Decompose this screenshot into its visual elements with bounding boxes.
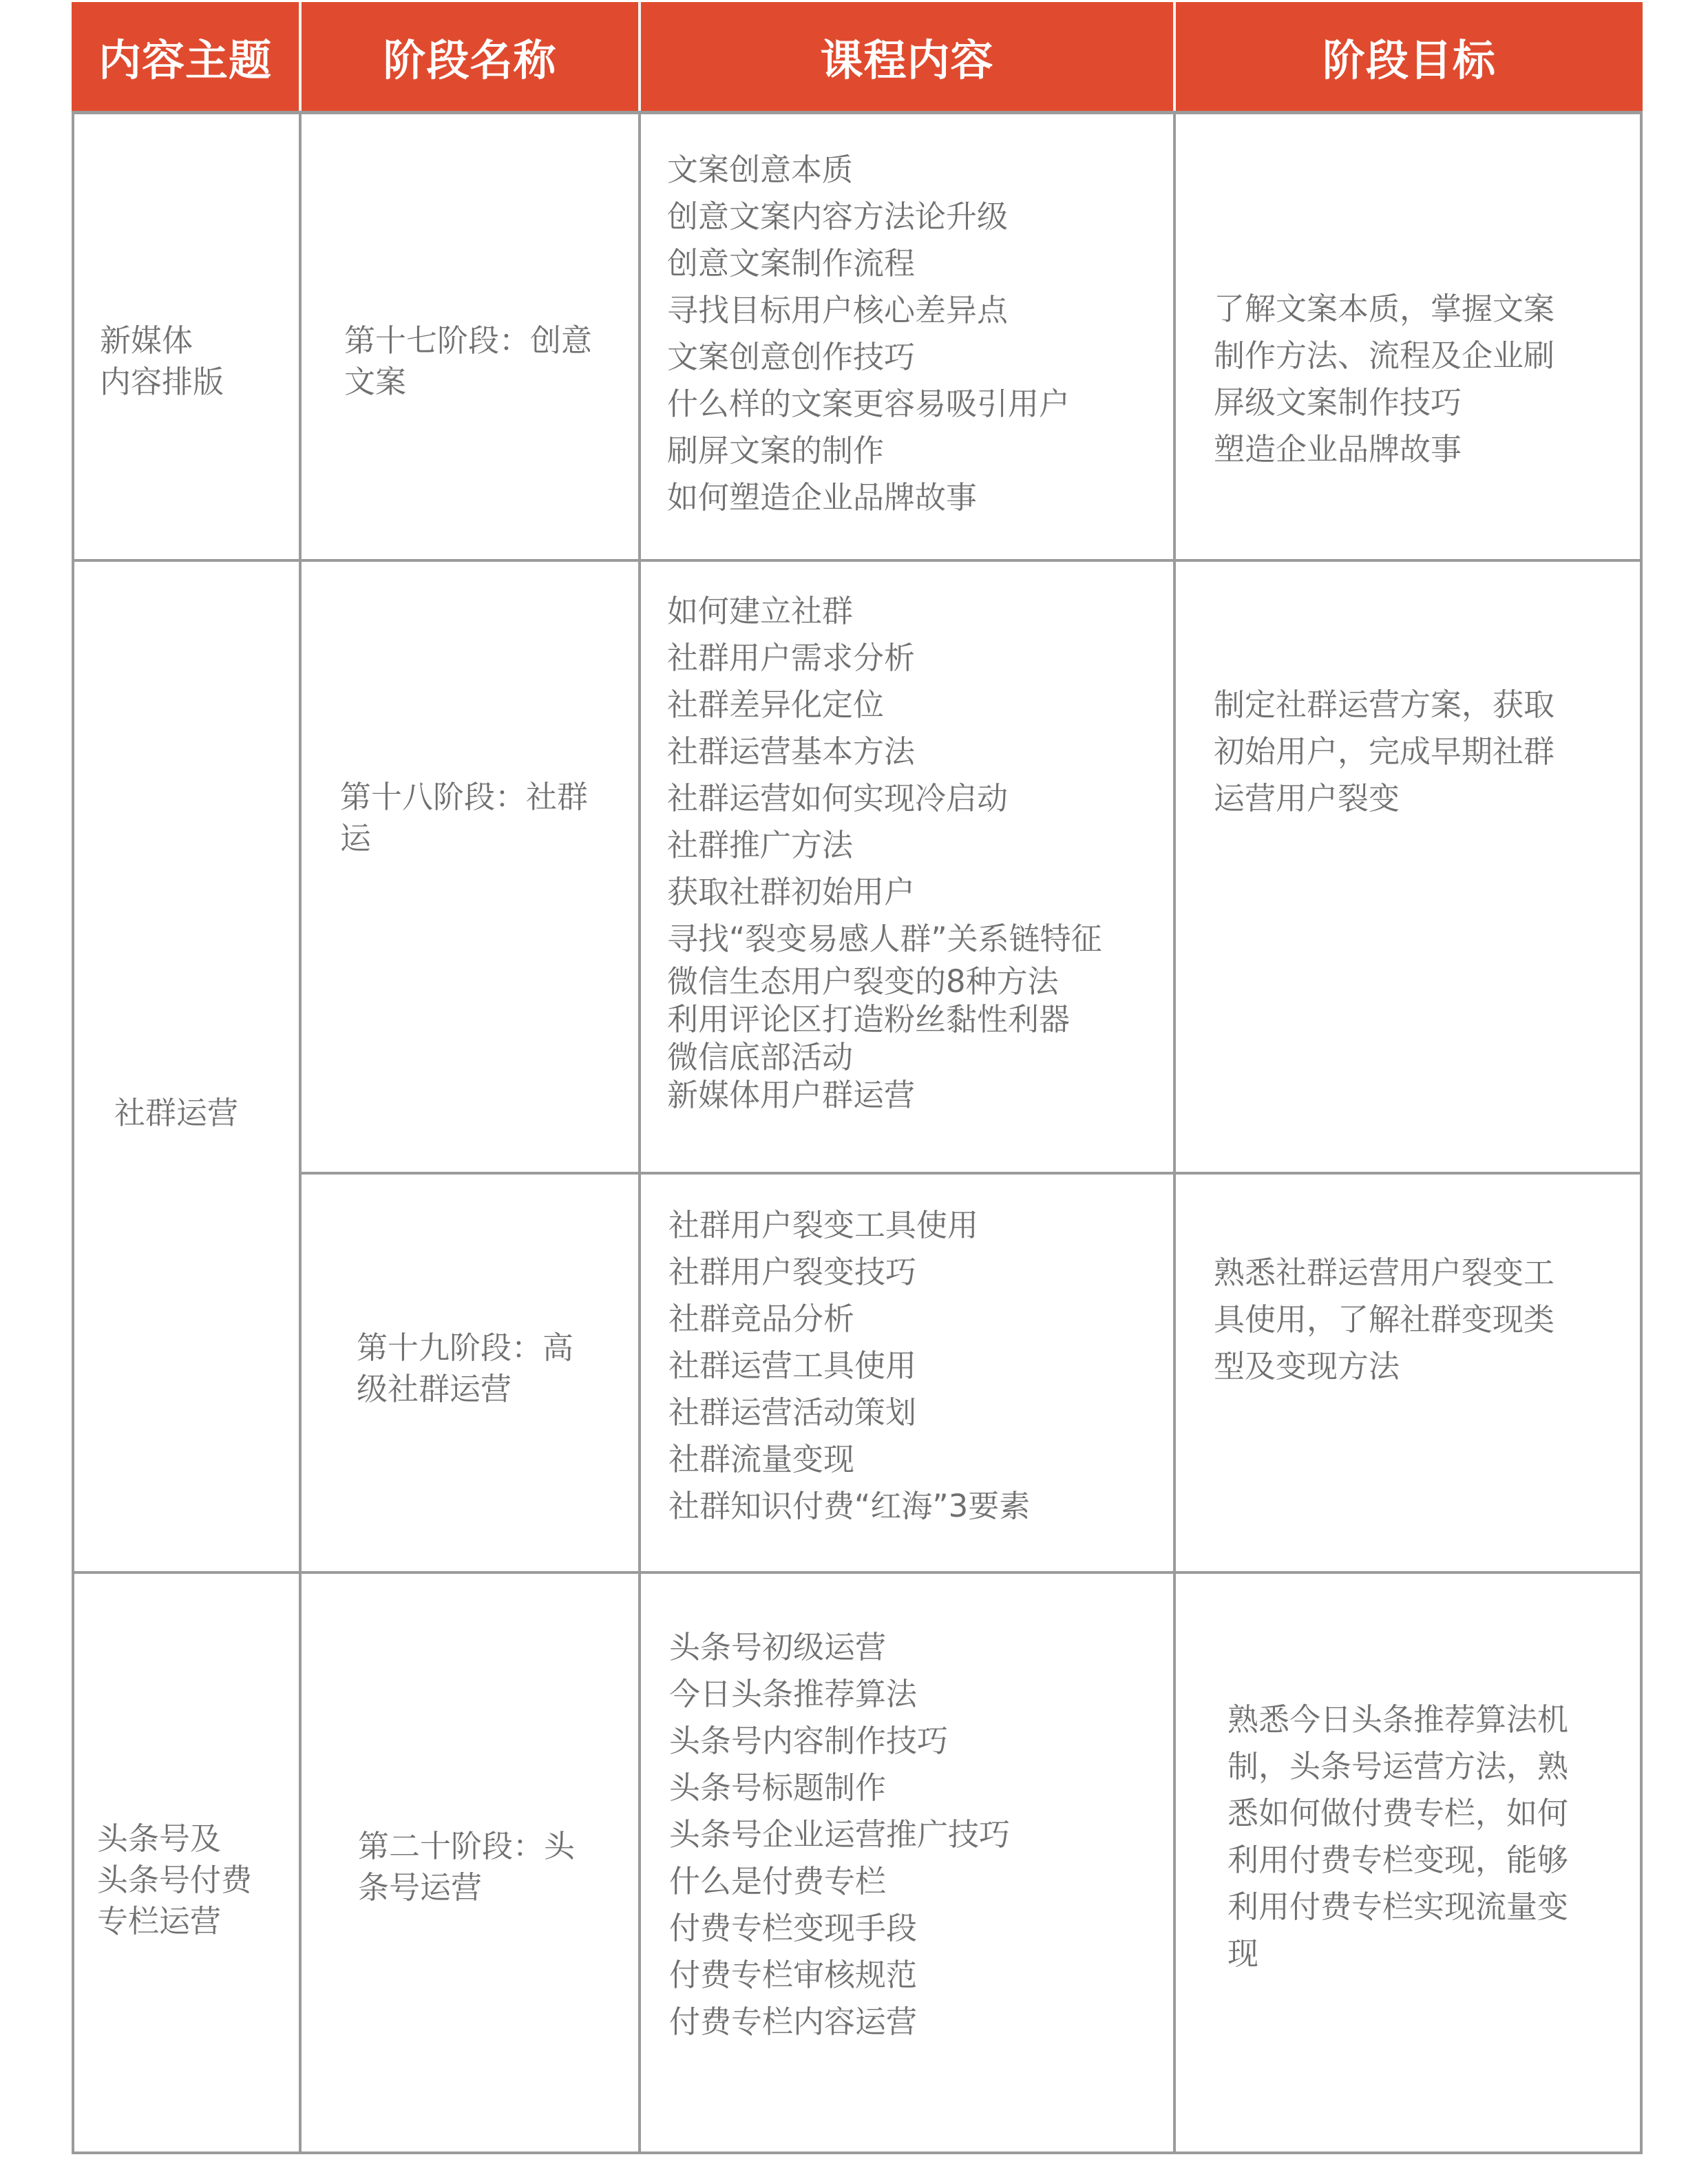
stage-line: 第十八阶段：社群 [340, 777, 588, 818]
goal-line: 熟悉今日头条推荐算法机 [1227, 1696, 1568, 1743]
content-item: 付费专栏审核规范 [669, 1952, 1010, 1999]
content-item: 新媒体用户群运营 [667, 1076, 1102, 1114]
content-item: 微信底部活动 [667, 1038, 1102, 1076]
goal-line: 具使用，了解社群变现类 [1214, 1296, 1554, 1343]
content-item: 文案创意本质 [667, 147, 1070, 193]
goal-line: 型及变现方法 [1214, 1343, 1554, 1390]
stage-line: 运 [340, 818, 588, 859]
goal-line: 制定社群运营方案，获取 [1214, 682, 1554, 728]
row3-stage-name: 第十九阶段：高 级社群运营 [357, 1327, 573, 1410]
row1-stage-goal: 了解文案本质，掌握文案 制作方法、流程及企业刷 屏级文案制作技巧 塑造企业品牌故… [1214, 286, 1554, 473]
content-item: 利用评论区打造粉丝黏性利器 [667, 1000, 1102, 1038]
goal-line: 现 [1227, 1930, 1568, 1977]
column-divider-3 [1173, 111, 1176, 2154]
row3-stage-goal: 熟悉社群运营用户裂变工 具使用，了解社群变现类 型及变现方法 [1214, 1250, 1554, 1390]
content-item: 微信生态用户裂变的8种方法 [667, 962, 1102, 1000]
row1-course-content: 文案创意本质 创意文案内容方法论升级 创意文案制作流程 寻找目标用户核心差异点 … [667, 147, 1070, 521]
content-item: 付费专栏内容运营 [669, 1999, 1010, 2045]
stage-line: 第二十阶段：头 [358, 1826, 575, 1867]
content-item: 社群差异化定位 [667, 682, 1102, 728]
content-item: 社群推广方法 [667, 822, 1102, 869]
content-item: 创意文案制作流程 [667, 240, 1070, 287]
curriculum-table: 内容主题 阶段名称 课程内容 阶段目标 新媒体 内容排版 第十七阶段：创意 文案… [72, 2, 1643, 2154]
header-bottom-border [72, 111, 1643, 114]
topic-line: 头条号及 [97, 1818, 252, 1860]
content-item: 今日头条推荐算法 [669, 1671, 1010, 1718]
content-item: 社群运营如何实现冷启动 [667, 775, 1102, 822]
table-border-right [1640, 111, 1643, 2154]
header-course-content: 课程内容 [641, 2, 1173, 111]
content-item: 获取社群初始用户 [667, 869, 1102, 916]
goal-line: 利用付费专栏变现，能够 [1227, 1837, 1568, 1884]
topic-line: 专栏运营 [97, 1901, 252, 1942]
topic-line: 新媒体 [100, 320, 224, 361]
content-item: 付费专栏变现手段 [669, 1905, 1010, 1952]
content-item: 社群竞品分析 [668, 1296, 1030, 1343]
goal-line: 了解文案本质，掌握文案 [1214, 286, 1554, 333]
content-item: 头条号初级运营 [669, 1624, 1010, 1671]
row3-course-content: 社群用户裂变工具使用 社群用户裂变技巧 社群竞品分析 社群运营工具使用 社群运营… [668, 1202, 1030, 1530]
row4-stage-goal: 熟悉今日头条推荐算法机 制，头条号运营方法，熟 悉如何做付费专栏，如何 利用付费… [1227, 1696, 1568, 1977]
content-item: 刷屏文案的制作 [667, 428, 1070, 474]
content-item: 头条号企业运营推广技巧 [669, 1811, 1010, 1858]
stage-line: 级社群运营 [357, 1369, 573, 1410]
stage-line: 条号运营 [358, 1867, 575, 1908]
content-item: 创意文案内容方法论升级 [667, 193, 1070, 240]
content-item: 如何建立社群 [667, 588, 1102, 635]
content-item: 什么是付费专栏 [669, 1858, 1010, 1905]
row1-stage-name: 第十七阶段：创意 文案 [344, 320, 592, 403]
content-item: 头条号内容制作技巧 [669, 1718, 1010, 1765]
table-header: 内容主题 阶段名称 课程内容 阶段目标 [72, 2, 1643, 111]
goal-line: 利用付费专栏实现流量变 [1227, 1884, 1568, 1930]
content-item: 头条号标题制作 [669, 1765, 1010, 1811]
goal-line: 制作方法、流程及企业刷 [1214, 333, 1554, 379]
table-border-bottom [72, 2151, 1643, 2154]
content-item: 寻找目标用户核心差异点 [667, 287, 1070, 334]
stage-line: 第十九阶段：高 [357, 1327, 573, 1369]
row-divider-1 [72, 559, 1643, 562]
goal-line: 初始用户，完成早期社群 [1214, 728, 1554, 775]
content-item: 社群运营工具使用 [668, 1343, 1030, 1389]
content-item: 社群用户需求分析 [667, 635, 1102, 682]
stage-line: 第十七阶段：创意 [344, 320, 592, 361]
row4-stage-name: 第二十阶段：头 条号运营 [358, 1826, 575, 1908]
goal-line: 塑造企业品牌故事 [1214, 426, 1554, 473]
content-item: 社群流量变现 [668, 1436, 1030, 1483]
content-item: 什么样的文案更容易吸引用户 [667, 381, 1070, 428]
goal-line: 制，头条号运营方法，熟 [1227, 1743, 1568, 1790]
topic-line: 内容排版 [100, 361, 224, 403]
content-item: 社群用户裂变工具使用 [668, 1202, 1030, 1249]
content-item: 社群运营基本方法 [667, 728, 1102, 775]
content-item: 社群运营活动策划 [668, 1389, 1030, 1436]
stage-line: 文案 [344, 361, 592, 403]
row-divider-3 [72, 1571, 1643, 1574]
goal-line: 运营用户裂变 [1214, 775, 1554, 822]
row2-stage-goal: 制定社群运营方案，获取 初始用户，完成早期社群 运营用户裂变 [1214, 682, 1554, 822]
row2-course-content: 如何建立社群 社群用户需求分析 社群差异化定位 社群运营基本方法 社群运营如何实… [667, 588, 1102, 1114]
header-stage-name: 阶段名称 [302, 2, 638, 111]
topic-line: 头条号付费 [97, 1860, 252, 1901]
row4-course-content: 头条号初级运营 今日头条推荐算法 头条号内容制作技巧 头条号标题制作 头条号企业… [669, 1624, 1010, 2045]
table-border-left [72, 111, 74, 2154]
row2-topic: 社群运营 [114, 1093, 238, 1134]
content-item: 社群用户裂变技巧 [668, 1249, 1030, 1296]
content-item: 社群知识付费“红海”3要素 [668, 1483, 1030, 1530]
row2-stage-name: 第十八阶段：社群 运 [340, 777, 588, 859]
row1-topic: 新媒体 内容排版 [100, 320, 224, 403]
row4-topic: 头条号及 头条号付费 专栏运营 [97, 1818, 252, 1942]
goal-line: 熟悉社群运营用户裂变工 [1214, 1250, 1554, 1296]
goal-line: 屏级文案制作技巧 [1214, 379, 1554, 426]
content-item: 如何塑造企业品牌故事 [667, 474, 1070, 521]
column-divider-2 [638, 111, 641, 2154]
content-item: 寻找“裂变易感人群”关系链特征 [667, 916, 1102, 962]
column-divider-1 [299, 111, 302, 2154]
header-topic: 内容主题 [72, 2, 299, 111]
topic-line: 社群运营 [114, 1093, 238, 1134]
goal-line: 悉如何做付费专栏，如何 [1227, 1790, 1568, 1837]
header-stage-goal: 阶段目标 [1176, 2, 1643, 111]
content-item: 文案创意创作技巧 [667, 334, 1070, 381]
row-divider-2 [299, 1172, 1643, 1175]
